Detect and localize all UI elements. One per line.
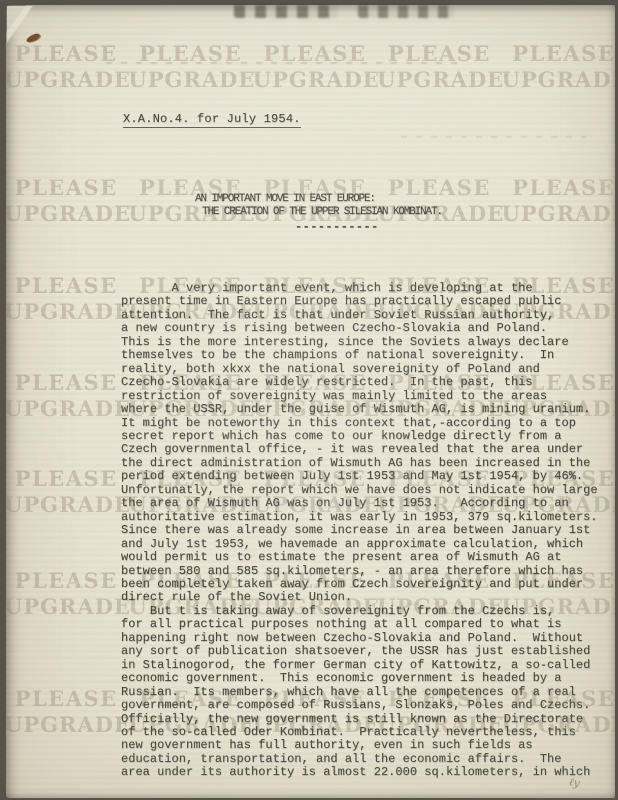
watermark-row: PLEASEUPGRADEPLEASEUPGRADEPLEASEUPGRADEP… <box>6 43 615 94</box>
scanned-document: PLEASEUPGRADEPLEASEUPGRADEPLEASEUPGRADEP… <box>0 0 618 800</box>
watermark-text: PLEASEUPGRADE <box>6 570 128 621</box>
watermark-text: PLEASEUPGRADE <box>6 468 128 519</box>
document-page: PLEASEUPGRADEPLEASEUPGRADEPLEASEUPGRADEP… <box>6 5 615 798</box>
document-reference: X.A.No.4. for July 1954. <box>123 112 301 128</box>
watermark-text: PLEASEUPGRADE <box>6 43 128 94</box>
body-text: A very important event, which is develop… <box>121 282 598 780</box>
watermark-text: PLEASEUPGRADE <box>6 372 128 423</box>
pencil-mark: ℓy <box>568 775 581 789</box>
scan-artifact-line <box>401 136 586 138</box>
watermark-text: PLEASEUPGRADE <box>377 43 501 94</box>
title-line-1: AN IMPORTANT MOVE IN EAST EUROPE: <box>195 193 375 205</box>
watermark-text: PLEASEUPGRADE <box>6 177 128 228</box>
watermark-text: PLEASEUPGRADE <box>6 688 128 739</box>
watermark-text: PLEASEUPGRADE <box>128 43 252 94</box>
watermark-text: PLEASEUPGRADE <box>377 177 501 228</box>
watermark-text: PLEASEUPGRADE <box>502 177 615 228</box>
title-rule: ----------- <box>295 220 379 234</box>
watermark-text: PLEASEUPGRADE <box>502 43 615 94</box>
watermark-text: PLEASEUPGRADE <box>6 275 128 326</box>
binding-marks-right <box>358 5 454 18</box>
scan-artifact-line <box>106 62 466 64</box>
binding-marks-left <box>234 5 338 18</box>
watermark-text: PLEASEUPGRADE <box>253 43 377 94</box>
title-line-2: THE CREATION OF THE UPPER SILESIAN KOMBI… <box>202 206 442 218</box>
